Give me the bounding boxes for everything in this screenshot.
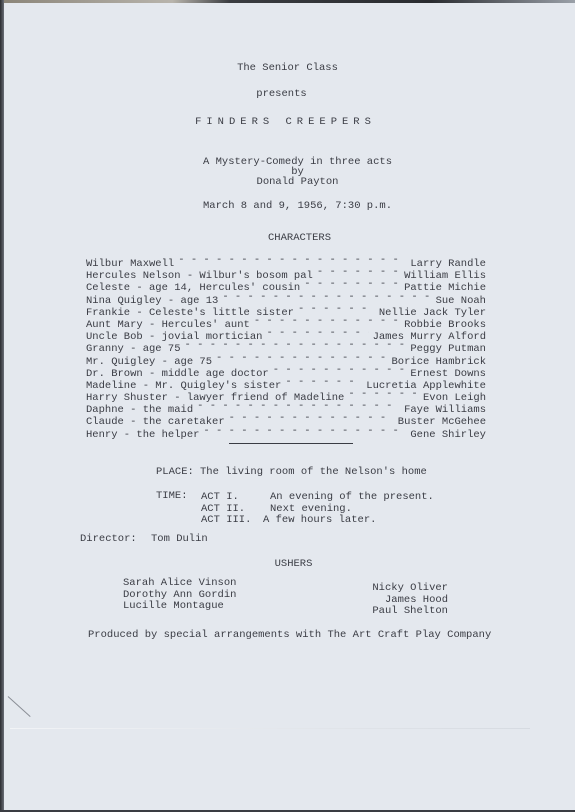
act-label: ACT II. [201,503,245,515]
dash-leader [222,291,431,303]
cast-row: Wilbur MaxwellLarry Randle [86,254,486,266]
character-role: Madeline - Mr. Quigley's sister [86,380,281,392]
characters-heading: CHARACTERS [12,232,575,244]
director-label: Director: [80,533,137,545]
usher-name: Paul Shelton [340,606,448,618]
dash-leader [348,388,419,400]
act-time: A few hours later. [263,514,376,526]
actor-name: Larry Randle [410,258,486,270]
actor-name: Sue Noah [436,295,486,307]
dash-leader [273,364,407,376]
character-role: Granny - age 75 [86,343,181,355]
actor-name: Robbie Brooks [404,319,486,331]
production-credit: Produced by special arrangements with Th… [88,629,491,641]
dash-leader [317,266,400,278]
dash-leader [197,400,400,412]
usher-name: Lucille Montague [123,601,236,613]
program-page: The Senior Class presents FINDERS CREEPE… [0,0,575,812]
character-role: Henry - the helper [86,429,199,441]
actor-name: Faye Williams [404,404,486,416]
character-role: Wilbur Maxwell [86,258,174,270]
act-label: ACT III. [201,514,251,526]
place-label: PLACE: [156,466,194,478]
actor-name: Peggy Putman [410,343,486,355]
dash-leader [229,412,394,424]
character-role: Aunt Mary - Hercules' aunt [86,319,250,331]
character-role: Dr. Brown - middle age doctor [86,368,269,380]
director-name: Tom Dulin [151,533,208,545]
act-time: An evening of the present. [270,491,434,503]
actor-name: William Ellis [404,270,486,282]
ushers-right-column: Nicky OliverJames HoodPaul Shelton [340,583,448,618]
usher-name: Sarah Alice Vinson [123,578,236,590]
presents-line: presents [0,88,569,100]
dash-leader [254,315,400,327]
play-title: FINDERS CREEPERS [0,116,573,128]
dash-leader [266,327,368,339]
actor-name: Ernest Downs [410,368,486,380]
actor-name: Buster McGehee [398,416,486,428]
time-label: TIME: [156,490,188,502]
performance-dates: March 8 and 9, 1956, 7:30 p.m. [10,200,575,212]
cast-list: Wilbur MaxwellLarry RandleHercules Nelso… [86,254,486,437]
character-role: Nina Quigley - age 13 [86,295,218,307]
character-role: Mr. Quigley - age 75 [86,356,212,368]
act-label: ACT I. [201,491,239,503]
dash-leader [304,278,400,290]
character-role: Hercules Nelson - Wilbur's bosom pal [86,270,313,282]
dash-leader [285,376,362,388]
ushers-left-column: Sarah Alice VinsonDorothy Ann GordinLuci… [123,578,236,613]
presenter: The Senior Class [0,62,575,74]
actor-name: Gene Shirley [410,429,486,441]
dash-leader [203,425,406,437]
section-divider [229,443,353,444]
act-time: Next evening. [270,503,352,515]
author: Donald Payton [10,176,575,188]
dash-leader [178,254,406,266]
place-value: The living room of the Nelson's home [200,466,427,478]
dash-leader [216,352,387,364]
dash-leader [185,339,407,351]
actor-name: Evon Leigh [423,392,486,404]
character-role: Daphne - the maid [86,404,193,416]
dash-leader [298,303,375,315]
usher-name: Nicky Oliver [340,583,448,595]
ushers-heading: USHERS [6,558,575,570]
